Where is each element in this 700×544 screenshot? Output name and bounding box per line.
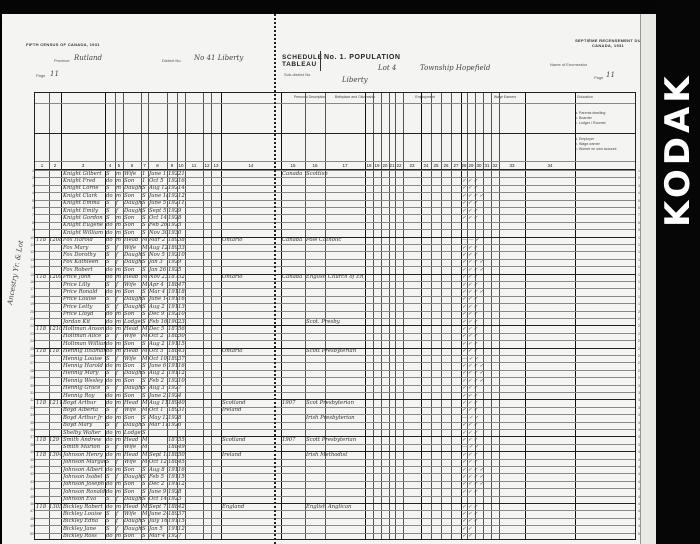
table-row: Bickley EdnaSfDaughterSJuly 16191515✓ ✓ … (35, 517, 637, 524)
column-number: 19 (373, 163, 381, 168)
cell-age: S (142, 532, 148, 540)
column-number: 31 (483, 163, 491, 168)
table-row: Johnson MargaretSfWifeMOct 12188545✓ ✓ ✓ (35, 458, 637, 465)
table-row: 118129Smith AndrewdomHeadM187555Scotland… (35, 436, 637, 443)
population-table: Personal Description Birthplace and Citi… (34, 92, 636, 540)
row-number-left: 33 (26, 406, 34, 410)
row-number-left: 31 (26, 391, 34, 395)
instructions-b: a. Employer b. Wage-earner c. Worker on … (575, 137, 616, 152)
row-number-left: 41 (26, 465, 34, 469)
column-number: 10 (177, 163, 185, 168)
table-row: Shelby WalterdomLodgerS✓ ✓ ✓ (35, 429, 637, 436)
table-row: Hennig RoydomSonSJune 2119264✓ ✓ ✓ (35, 392, 637, 399)
column-number: 14 (221, 163, 281, 168)
table-row: Johnson AlbertdomSonSAug 8191416✓ ✓ ✓ ✓ (35, 466, 637, 473)
table-row: Fox DorothySfDaughterSNov 5192010✓ ✓ ✓ (35, 251, 637, 258)
row-number-left: 18 (26, 295, 34, 299)
row-number-left: 26 (26, 354, 34, 358)
row-number-left: 6 (26, 206, 34, 210)
table-row: Price LloyddomSonSDec 9192010✓ ✓ ✓ (35, 310, 637, 317)
column-number: 2 (49, 163, 61, 168)
table-row: Johnson EvaSfDaughterSOct 1419273 (35, 495, 637, 502)
column-number: 22 (395, 163, 403, 168)
header-divider (35, 161, 635, 162)
row-number-left: 30 (26, 384, 34, 388)
table-row: Bickley LouiseSfWifeMJune 24189337✓ ✓ ✓ (35, 510, 637, 517)
row-number-left: 16 (26, 280, 34, 284)
census-title-left: FIFTH CENSUS OF CANADA, 1931 (26, 42, 100, 47)
row-number-left: 27 (26, 361, 34, 365)
table-row: Hennig WesleydomSonSFeb 2192110✓ ✓ ✓ ✓ (35, 377, 637, 384)
table-row: Boyd MarySfDaughterSMar 1119256✓ ✓ ✓ (35, 421, 637, 428)
column-number: 25 (431, 163, 441, 168)
row-number-left: 3 (26, 184, 34, 188)
row-number-left: 28 (26, 369, 34, 373)
film-edge: KODAK (656, 0, 700, 544)
row-number-left: 20 (26, 310, 34, 314)
table-row: Knight LorneSmDaughterSAug 12192214✓ ✓ ✓ (35, 184, 637, 191)
table-row: Bickley RossdomSonSMar 419247✓ ✓ (35, 532, 637, 539)
cell-col11: 7 (178, 532, 185, 540)
column-number: 9 (167, 163, 177, 168)
row-number-left: 46 (26, 502, 34, 506)
schedule-label: SCHEDULE (282, 54, 323, 61)
column-number: 18 (365, 163, 373, 168)
row-number-left: 25 (26, 347, 34, 351)
column-number: 27 (451, 163, 461, 168)
row-number-left: 42 (26, 472, 34, 476)
census-page: FIFTH CENSUS OF CANADA, 1931 Province Ru… (2, 14, 656, 544)
table-row: Hennig LouiseSfWifeMOct 10189337— ✓ ✓ (35, 355, 637, 362)
section-wage-earners: Wage Earners (455, 95, 555, 99)
cell-bp: Mar 4 (149, 532, 167, 540)
row-number-left: 39 (26, 450, 34, 454)
row-number-left: 13 (26, 258, 34, 262)
schedule-number: No. 1. POPULATION (324, 54, 401, 61)
table-row: Johnson IsabelSfDaughterSFeb 5191615✓ ✓ … (35, 473, 637, 480)
column-number: 15 (281, 163, 305, 168)
header-divider (35, 133, 635, 134)
column-number: 12 (203, 163, 211, 168)
column-number: 1 (35, 163, 49, 168)
table-row: Fox RobertdomSonSJan 2619265✓ ✓ ✓ ✓ (35, 266, 637, 273)
table-row: Smith MarionSfWifeM188149— ✓ ✓ (35, 443, 637, 450)
table-row: Hennig HarolddomSonSJune 6191516✓ ✓ ✓ ✓ (35, 362, 637, 369)
table-row: Jordan KitdomLodgerSFeb 16190823Scot. Pr… (35, 318, 637, 325)
column-number: 13 (211, 163, 221, 168)
row-number-left: 34 (26, 413, 34, 417)
page-value-left: 11 (50, 70, 59, 78)
row-number-left: 35 (26, 421, 34, 425)
table-row: Boyd Arthur JrdomSonSMay 1219228Irish Pr… (35, 414, 637, 421)
province-value: Rutland (74, 54, 102, 62)
column-number: 16 (305, 163, 325, 168)
table-row: 1181211Boyd ArthurdomHeadMAug 11189040Sc… (35, 399, 637, 406)
column-number: 34 (525, 163, 575, 168)
row-number-left: 23 (26, 332, 34, 336)
instr-a-3: c. Lodger / Roomer (575, 121, 606, 126)
cell-marks: ✓ ✓ (462, 532, 522, 540)
row-number-left: 29 (26, 376, 34, 380)
table-row: Price LettySfDaughterSAug 2191713✓ ✓ ✓ (35, 303, 637, 310)
row-number-left: 43 (26, 480, 34, 484)
row-number-left: 15 (26, 273, 34, 277)
row-number-left: 32 (26, 398, 34, 402)
table-row: Price LouiseSfDaughterSJune 14191516✓ ✓ … (35, 295, 637, 302)
row-number-left: 1 (26, 169, 34, 173)
row-number-left: 45 (26, 495, 34, 499)
column-number: 29 (467, 163, 475, 168)
row-number-left: 11 (26, 243, 34, 247)
row-number-left: 40 (26, 458, 34, 462)
table-row: Knight GordonSmSonSOct 1419278✓ ✓ ✓ (35, 214, 637, 221)
table-row: Johnson RonalddomSonSJune 919228✓ ✓ ✓ (35, 488, 637, 495)
row-number-left: 12 (26, 250, 34, 254)
place-value: Township Hopefield (420, 64, 490, 72)
municipality-value: Liberty (342, 76, 368, 84)
right-margin (640, 14, 656, 544)
row-number-left: 4 (26, 191, 34, 195)
table-row: Knight ClarkdomSonSJune 18192312✓ ✓ ✓ ✓ (35, 192, 637, 199)
column-number: 32 (491, 163, 499, 168)
table-row: Hennig MarySfDaughterSAug 2191812✓ ✓ ✓ ✓ (35, 369, 637, 376)
subdistrict-label: Sub-district No. (284, 72, 311, 77)
column-number: 30 (475, 163, 483, 168)
tableau-label: TABLEAU (282, 61, 323, 68)
table-row: Holtman AliceSfWifeMOct 2188050✓ ✓ ✓ (35, 332, 637, 339)
section-education: Education (555, 95, 615, 99)
page-label-right: Page (594, 75, 603, 80)
column-number: 4 (105, 163, 115, 168)
district-label: District No. (162, 58, 182, 63)
column-number: 23 (403, 163, 421, 168)
table-row: Knight GilbertSmWife1June 11192021Canada… (35, 170, 637, 177)
table-row: Price RonalddomSonSMar 4191318✓ ✓ ✓ ✓ (35, 288, 637, 295)
table-row: Fox KathleenSfDaughterSJan 319229✓ ✓ ✓ ✓ (35, 258, 637, 265)
row-number-left: 36 (26, 428, 34, 432)
column-number: 24 (421, 163, 431, 168)
column-number: 6 (123, 163, 141, 168)
row-number-left: 38 (26, 443, 34, 447)
column-number: 33 (499, 163, 525, 168)
row-number-left: 48 (26, 517, 34, 521)
margin-note: Ancestry Yr. & Lot (6, 240, 25, 306)
table-row: 1181304Johnson HenrydomHeadMSept 1818805… (35, 451, 637, 458)
row-number-left: 10 (26, 236, 34, 240)
column-number: 11 (185, 163, 203, 168)
table-row: Holtman WilliamdomSonSAug 2191515✓ ✓ ✓ (35, 340, 637, 347)
column-number: 5 (115, 163, 123, 168)
page-label-left: Page (36, 73, 45, 78)
row-number-left: 24 (26, 339, 34, 343)
row-number-left: 49 (26, 524, 34, 528)
table-row: Boyd AlbertaSfWifeMOct 1189931Ireland✓ ✓… (35, 406, 637, 413)
table-row: Knight EugenedomSonSFeb 2619295 (35, 221, 637, 228)
row-number-left: 21 (26, 317, 34, 321)
column-number: 8 (148, 163, 167, 168)
row-number-left: 14 (26, 265, 34, 269)
province-label: Province (54, 58, 70, 63)
row-number-left: 9 (26, 228, 34, 232)
row-number-left: 5 (26, 199, 34, 203)
row-number-left: 17 (26, 287, 34, 291)
table-row: Knight EmmaSfDaughterSJune 5192511✓ ✓ ✓ (35, 199, 637, 206)
column-number: 20 (381, 163, 389, 168)
row-number-left: 7 (26, 213, 34, 217)
table-row: Fox MarySfWifeMAug 12189733✓ ✓ ✓ (35, 244, 637, 251)
kodak-mark: KODAK (660, 60, 696, 240)
table-row: Knight EmilySfDaughterSSept 519269✓ ✓ ✓ (35, 207, 637, 214)
row-number-left: 47 (26, 509, 34, 513)
enumerator-label: Name of Enumerator (550, 62, 587, 67)
page-value-right: 11 (606, 71, 615, 79)
row-number-left: 37 (26, 435, 34, 439)
column-number: 3 (61, 163, 105, 168)
table-row: 1181209Price JohndomHeadMNov 23187852Ont… (35, 273, 637, 280)
cell-cond: Son (124, 532, 141, 540)
enumeration-value: Lot 4 (378, 64, 396, 72)
table-row: Knight WilliamdomSonSNov 3019300 (35, 229, 637, 236)
table-row: 118118Hennig IthamardomHeadMOct 5188743O… (35, 347, 637, 354)
district-value: No 41 Liberty (194, 54, 243, 62)
row-number-left: 44 (26, 487, 34, 491)
table-row: 1181208Fox HarolddomHeadMMar 2189338Onta… (35, 236, 637, 243)
row-number-left: 50 (26, 532, 34, 536)
table-row: Knight FreddomSon1Oct 5192416✓ ✓ ✓ (35, 177, 637, 184)
cell-sex: m (116, 532, 123, 540)
table-row: Hennig GraceSfDaughterSAug 319237✓ ✓ ✓ (35, 384, 637, 391)
row-number-left: 22 (26, 324, 34, 328)
column-number: 26 (441, 163, 451, 168)
table-row: 1181210Holtman AnsondomHeadMDec 5187456✓… (35, 325, 637, 332)
row-number-left: 8 (26, 221, 34, 225)
instructions-a: a. Parents dwelling b. Boarder c. Lodger… (575, 111, 606, 126)
census-title-right: SEPTIÈME RECENSEMENT DU CANADA, 1931 (568, 38, 648, 48)
row-number-left: 2 (26, 176, 34, 180)
column-number: 17 (325, 163, 365, 168)
cell-rel: do (106, 532, 115, 540)
page-fold (274, 14, 276, 544)
header-divider (35, 103, 635, 104)
table-row: Price LillySfWifeMApr 4188347✓ ✓ ✓ (35, 281, 637, 288)
table-row: 1181305Bickley RobertdomHeadMSept 718884… (35, 503, 637, 510)
cell-yr: 1924 (168, 532, 177, 540)
column-number: 7 (141, 163, 148, 168)
table-row: Bickley JaneSfDaughterSJan 5191912✓ ✓ (35, 525, 637, 532)
cell-name: Bickley Ross (63, 532, 105, 540)
schedule-title: SCHEDULE TABLEAU (282, 54, 323, 68)
table-row: Johnson JosephdomSonSDec 2191812✓ ✓ ✓ ✓ (35, 480, 637, 487)
row-number-left: 19 (26, 302, 34, 306)
instr-b-3: c. Worker on own account (575, 147, 616, 152)
